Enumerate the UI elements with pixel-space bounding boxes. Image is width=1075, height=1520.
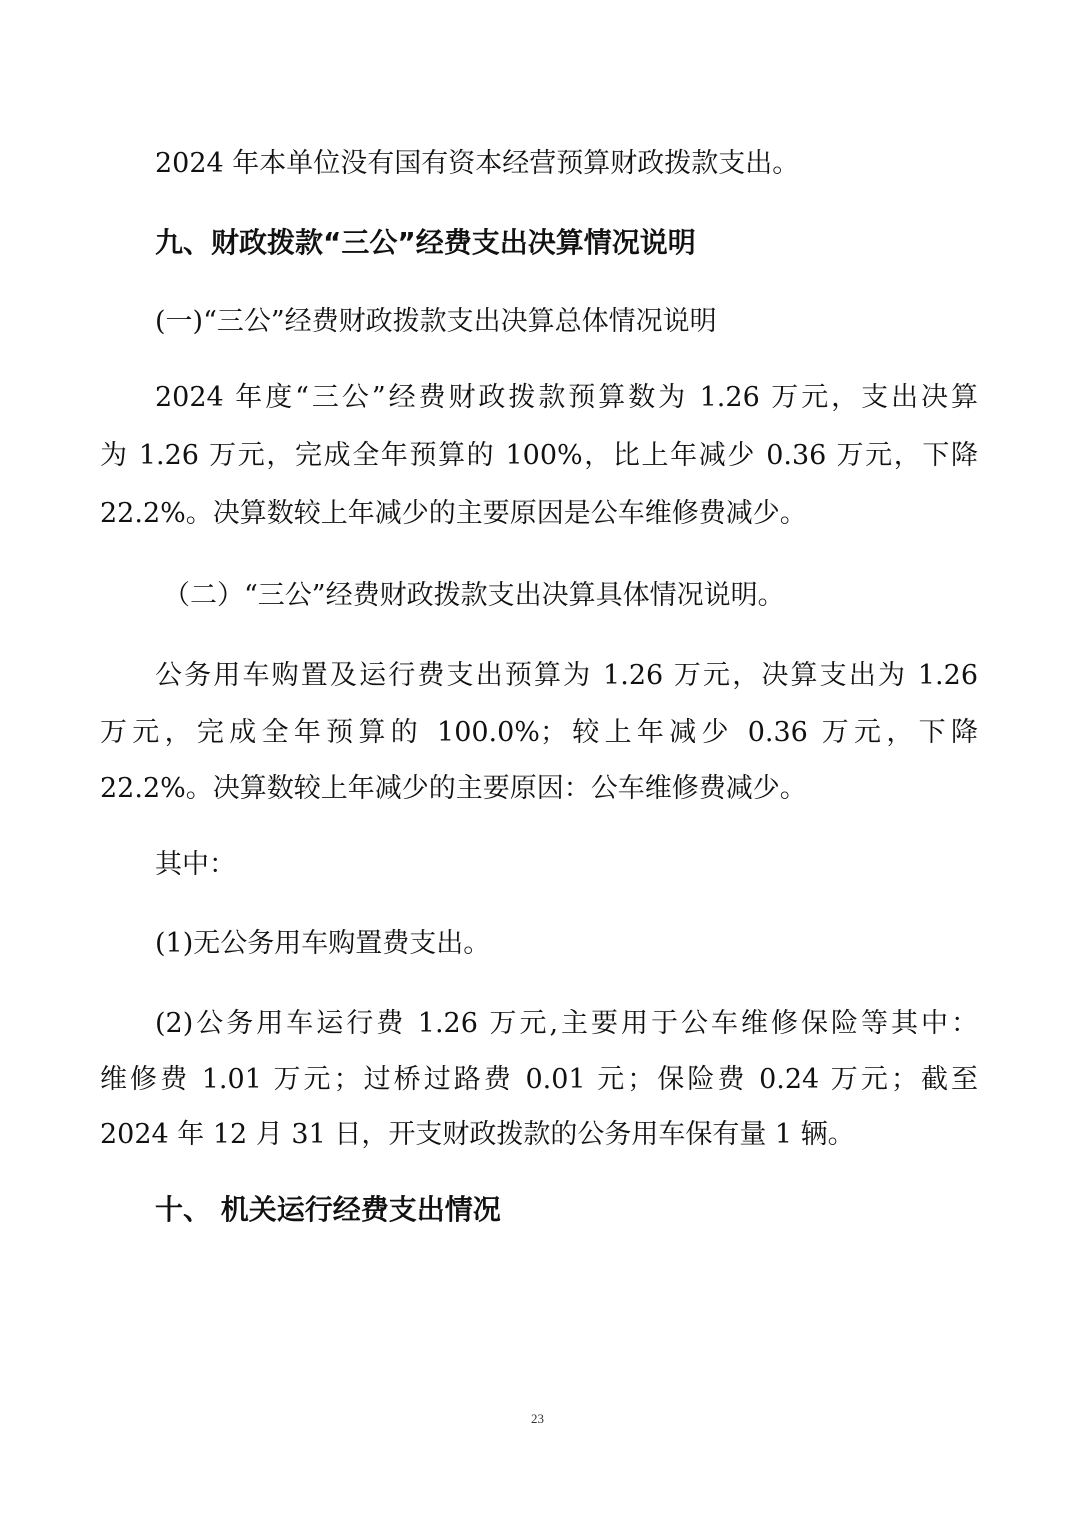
page-number: 23 (0, 1411, 1075, 1427)
section-heading-nine: 九、财政拨款“三公”经费支出决算情况说明 (155, 227, 696, 259)
subsection-heading-2: （二）“三公”经费财政拨款支出决算具体情况说明。 (163, 580, 785, 612)
list-item-2-line-2: 维修费 1.01 万元；过桥过路费 0.01 元；保险费 0.24 万元；截至 (100, 1064, 978, 1096)
section-heading-ten: 十、 机关运行经费支出情况 (155, 1194, 501, 1226)
paragraph-vehicle-line-3: 22.2%。决算数较上年减少的主要原因：公车维修费减少。 (100, 773, 807, 805)
list-item-2-line-1: (2)公务用车运行费 1.26 万元,主要用于公车维修保险等其中： (155, 1008, 978, 1040)
paragraph-overall-line-3: 22.2%。决算数较上年减少的主要原因是公车维修费减少。 (100, 498, 807, 530)
paragraph-overall-line-2: 为 1.26 万元，完成全年预算的 100%，比上年减少 0.36 万元，下降 (100, 440, 978, 472)
paragraph-vehicle-line-1: 公务用车购置及运行费支出预算为 1.26 万元，决算支出为 1.26 (155, 660, 978, 692)
list-item-1: (1)无公务用车购置费支出。 (155, 928, 490, 960)
paragraph-vehicle-line-2: 万元，完成全年预算的 100.0%；较上年减少 0.36 万元，下降 (100, 717, 978, 749)
paragraph-overall-line-1: 2024 年度“三公”经费财政拨款预算数为 1.26 万元，支出决算 (155, 382, 978, 414)
list-item-2-line-3: 2024 年 12 月 31 日，开支财政拨款的公务用车保有量 1 辆。 (100, 1119, 855, 1151)
subsection-heading-1: (一)“三公”经费财政拨款支出决算总体情况说明 (155, 306, 717, 338)
paragraph-among-them: 其中： (155, 849, 236, 881)
paragraph-no-state-capital-budget: 2024 年本单位没有国有资本经营预算财政拨款支出。 (155, 148, 799, 180)
